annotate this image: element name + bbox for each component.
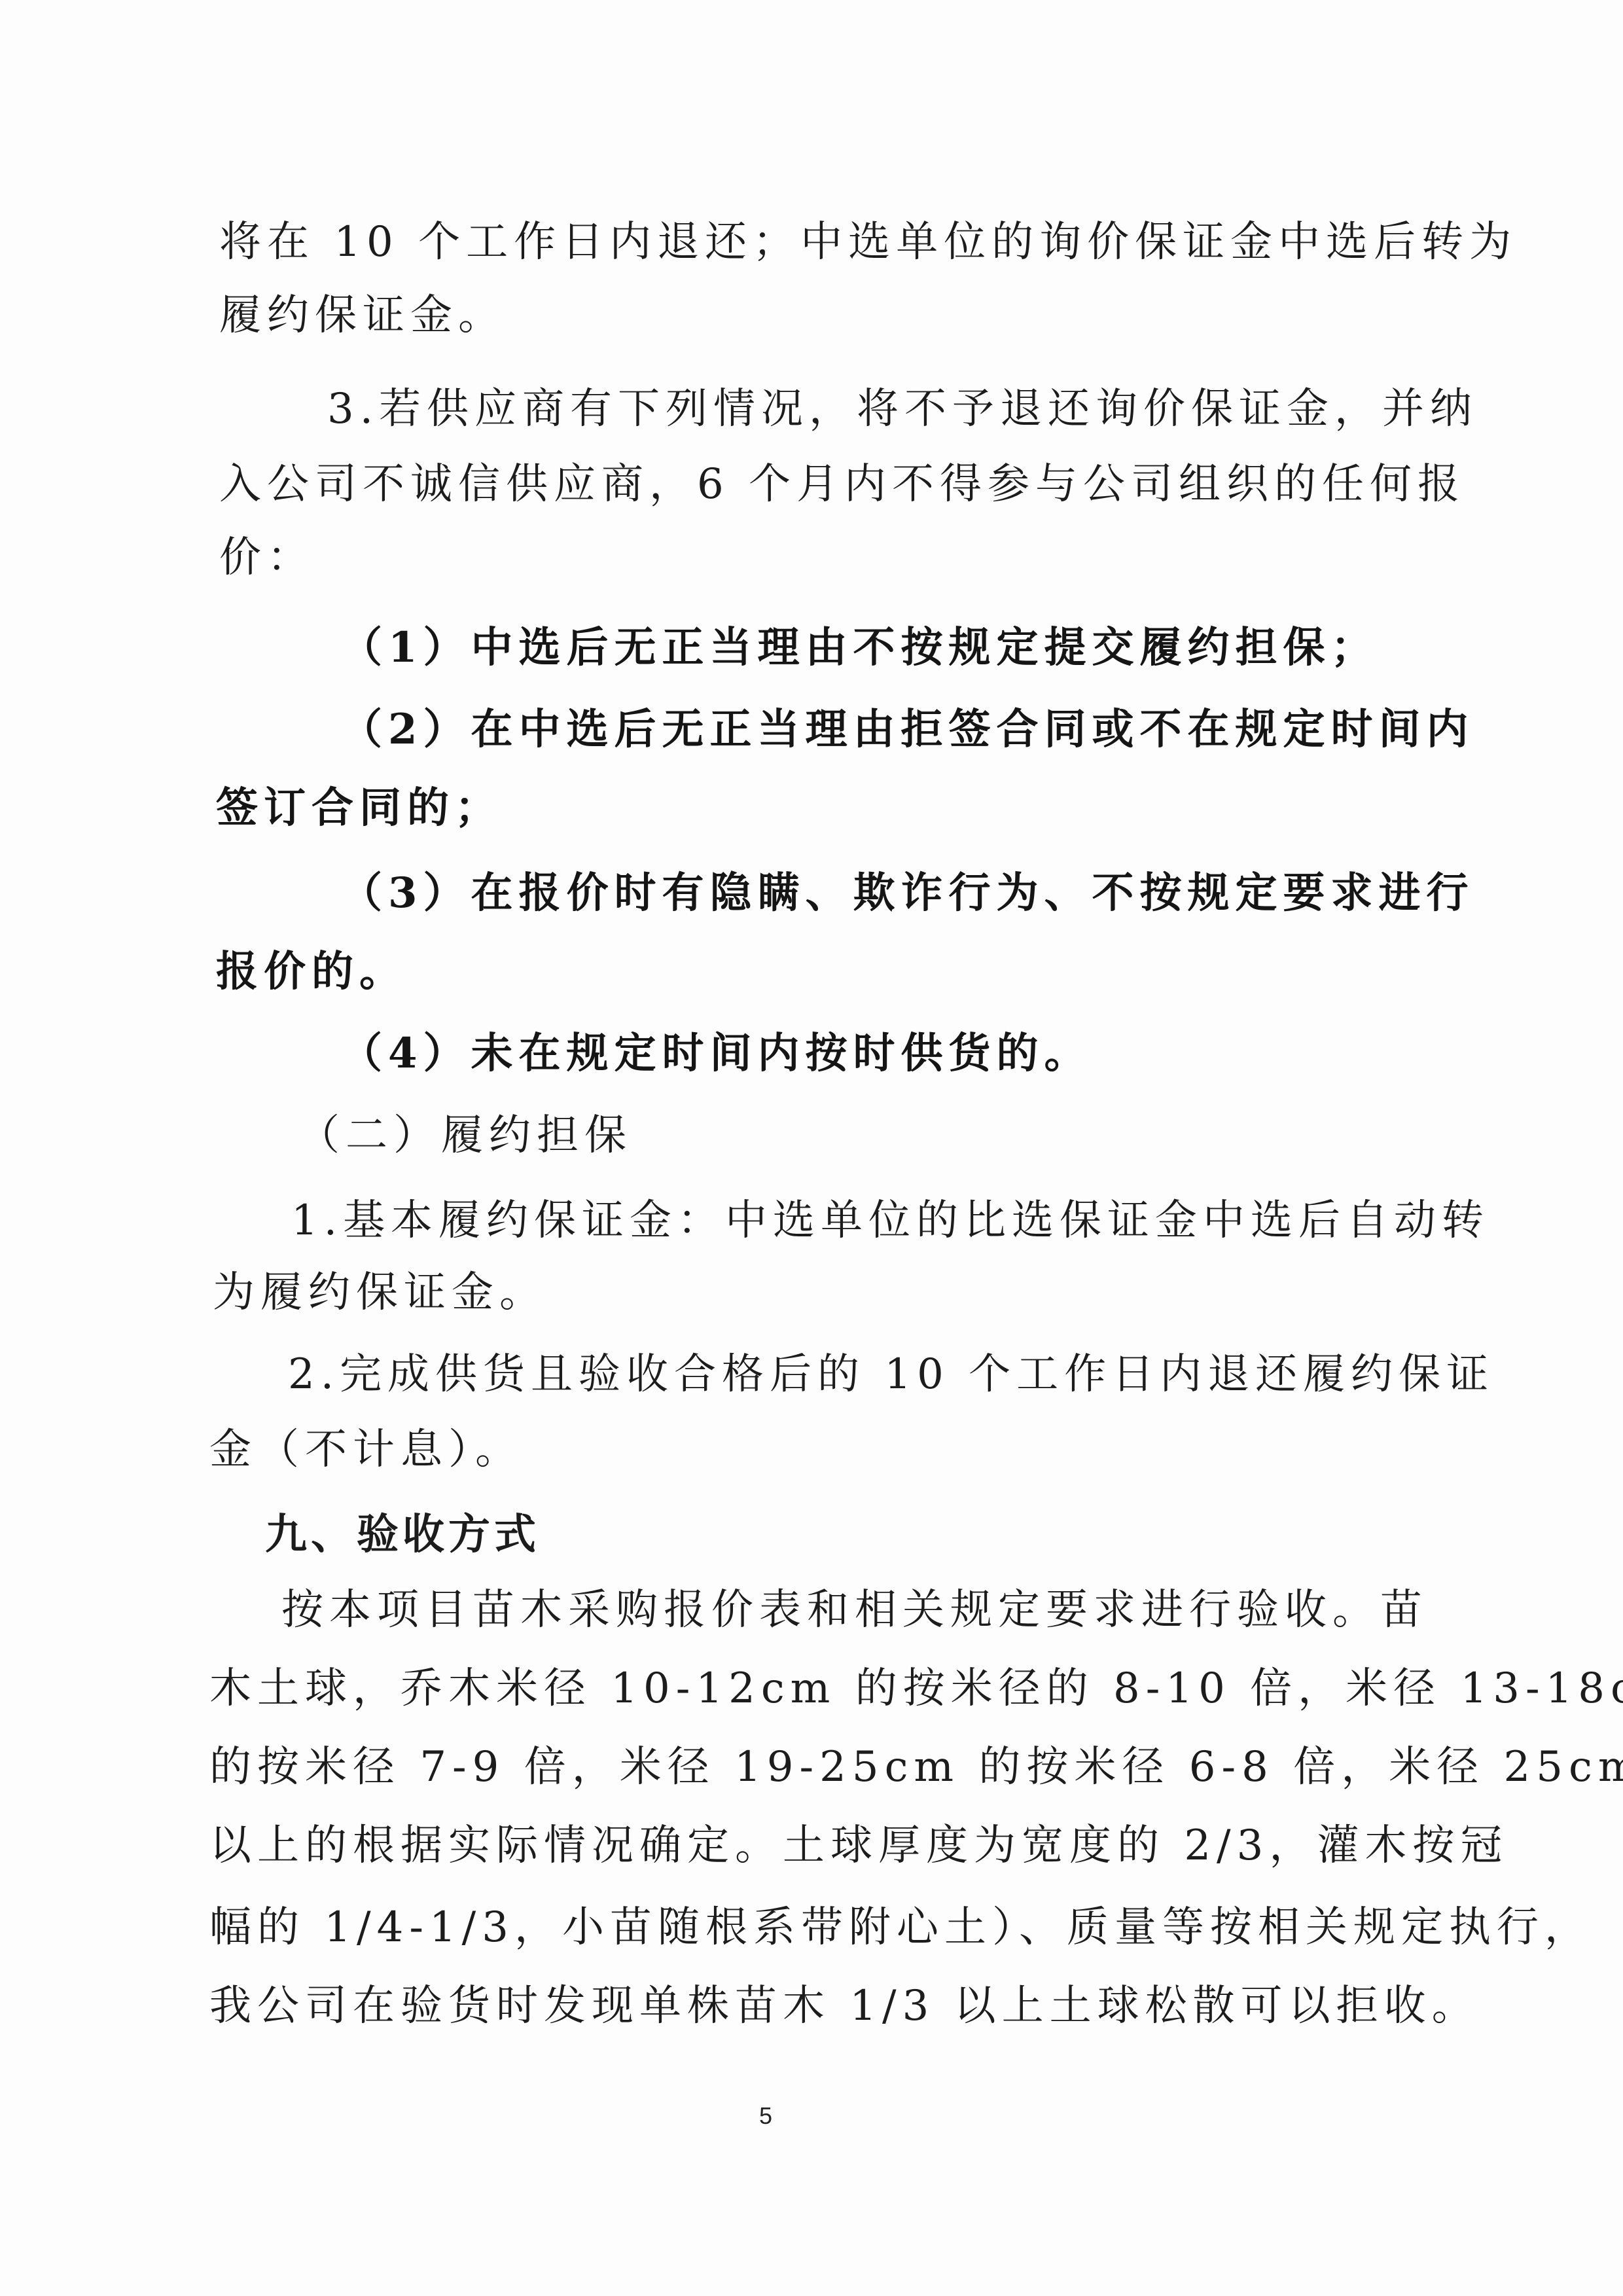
text-line-clause-3-cont1: 入公司不诚信供应商，6 个月内不得参与公司组织的任何报: [219, 458, 1465, 511]
list-item-1: （1）中选后无正当理由不按规定提交履约担保；: [340, 622, 1379, 674]
text-line-acceptance-1: 按本项目苗木采购报价表和相关规定要求进行验收。苗: [281, 1584, 1428, 1636]
page-number: 5: [759, 2102, 772, 2130]
list-item-4: （4）未在规定时间内按时供货的。: [340, 1028, 1092, 1080]
text-line-acceptance-6: 我公司在验货时发现单株苗木 1/3 以上土球松散可以拒收。: [209, 1980, 1480, 2032]
list-item-2: （2）在中选后无正当理由拒签合同或不在规定时间内: [340, 704, 1474, 756]
text-line-acceptance-3: 的按米径 7-9 倍，米径 19-25cm 的按米径 6-8 倍，米径 25cm: [209, 1741, 1623, 1793]
text-line-deposit-refund-cont: 履约保证金。: [219, 289, 506, 342]
subsection-title-performance-guarantee: （二）履约担保: [298, 1109, 632, 1162]
text-line-acceptance-4: 以上的根据实际情况确定。土球厚度为宽度的 2/3，灌木按冠: [209, 1820, 1508, 1872]
section-heading-acceptance-method: 九、验收方式: [265, 1509, 540, 1561]
text-line-clause-3: 3.若供应商有下列情况，将不予退还询价保证金，并纳: [327, 383, 1478, 435]
list-item-2-cont: 签订合同的；: [216, 782, 503, 834]
document-page: 将在 10 个工作日内退还；中选单位的询价保证金中选后转为 履约保证金。 3.若…: [0, 0, 1623, 2296]
text-line-clause-3-cont2: 价：: [219, 531, 315, 584]
list-item-3: （3）在报价时有隐瞒、欺诈行为、不按规定要求进行: [340, 867, 1474, 920]
text-line-guarantee-2: 2.完成供货且验收合格后的 10 个工作日内退还履约保证: [288, 1348, 1494, 1401]
list-item-3-cont: 报价的。: [216, 946, 407, 998]
text-line-acceptance-2: 木土球，乔木米径 10-12cm 的按米径的 8-10 倍，米径 13-18cm: [209, 1662, 1623, 1715]
text-line-guarantee-2-cont: 金（不计息）。: [209, 1424, 523, 1476]
text-line-guarantee-1: 1.基本履约保证金：中选单位的比选保证金中选后自动转: [291, 1194, 1489, 1247]
text-line-deposit-refund: 将在 10 个工作日内退还；中选单位的询价保证金中选后转为: [219, 216, 1517, 268]
text-line-guarantee-1-cont: 为履约保证金。: [213, 1266, 547, 1319]
text-line-acceptance-5: 幅的 1/4-1/3，小苗随根系带附心土）、质量等按相关规定执行，: [209, 1901, 1592, 1954]
